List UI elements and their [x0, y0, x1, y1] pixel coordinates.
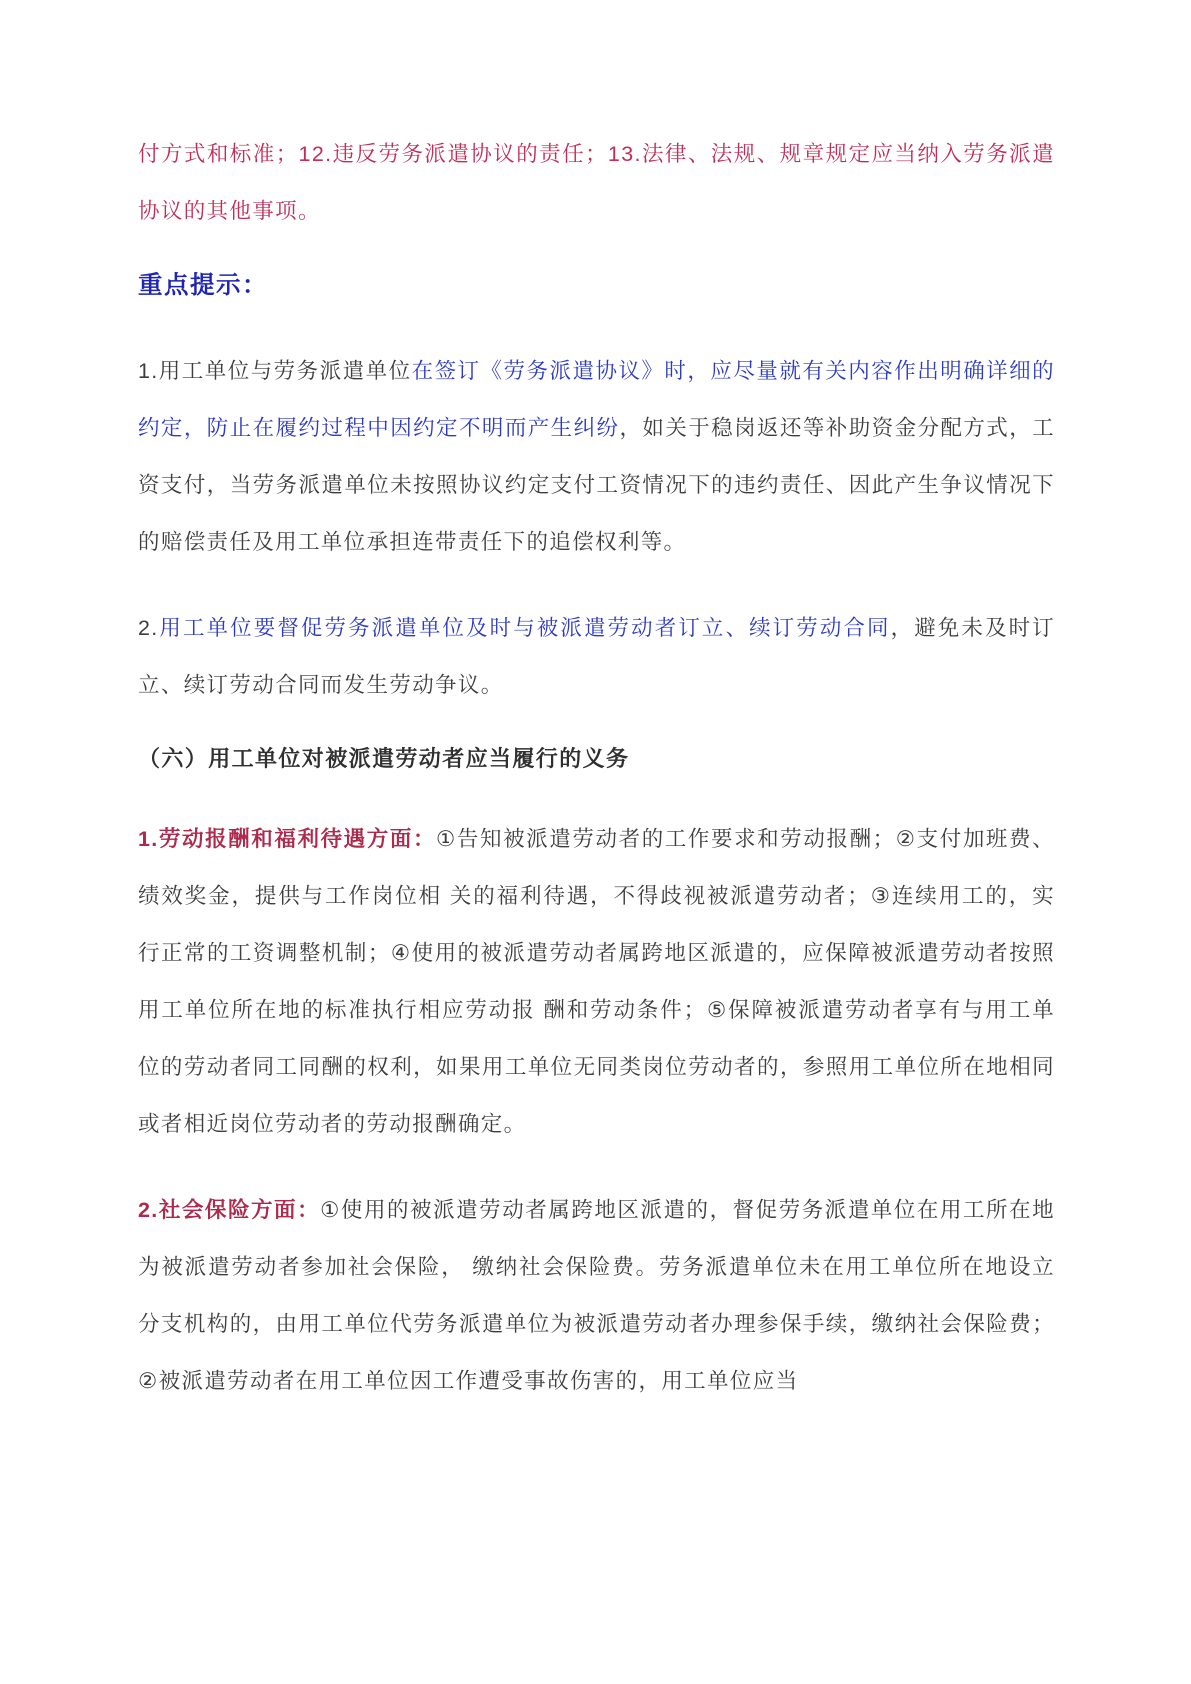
- point1-paragraph: 1.用工单位与劳务派遣单位在签订《劳务派遣协议》时，应尽量就有关内容作出明确详细…: [138, 343, 1055, 571]
- duty1-lead-label: 1.劳动报酬和福利待遇方面：: [138, 827, 436, 851]
- duty2-lead-label: 2.社会保险方面：: [138, 1198, 320, 1222]
- point2-emphasis-text: 用工单位要督促劳务派遣单位及时与被派遣劳动者订立、续订劳动合同: [159, 616, 891, 640]
- document-page: 付方式和标准；12.违反劳务派遣协议的责任；13.法律、法规、规章规定应当纳入劳…: [0, 0, 1191, 1684]
- carryover-paragraph: 付方式和标准；12.违反劳务派遣协议的责任；13.法律、法规、规章规定应当纳入劳…: [138, 126, 1055, 240]
- duty2-paragraph: 2.社会保险方面：①使用的被派遣劳动者属跨地区派遣的，督促劳务派遣单位在用工所在…: [138, 1182, 1055, 1410]
- duty1-body-text: ①告知被派遣劳动者的工作要求和劳动报酬；②支付加班费、绩效奖金，提供与工作岗位相…: [138, 827, 1055, 1136]
- point2-paragraph: 2.用工单位要督促劳务派遣单位及时与被派遣劳动者订立、续订劳动合同，避免未及时订…: [138, 600, 1055, 714]
- duty1-paragraph: 1.劳动报酬和福利待遇方面：①告知被派遣劳动者的工作要求和劳动报酬；②支付加班费…: [138, 811, 1055, 1153]
- section-six-heading: （六）用工单位对被派遣劳动者应当履行的义务: [138, 743, 1055, 775]
- point2-number-text: 2.: [138, 616, 159, 640]
- duty2-body-text: ①使用的被派遣劳动者属跨地区派遣的，督促劳务派遣单位在用工所在地为被派遣劳动者参…: [138, 1198, 1055, 1393]
- key-notice-heading: 重点提示：: [138, 269, 1055, 303]
- point1-intro-text: 1.用工单位与劳务派遣单位: [138, 359, 412, 383]
